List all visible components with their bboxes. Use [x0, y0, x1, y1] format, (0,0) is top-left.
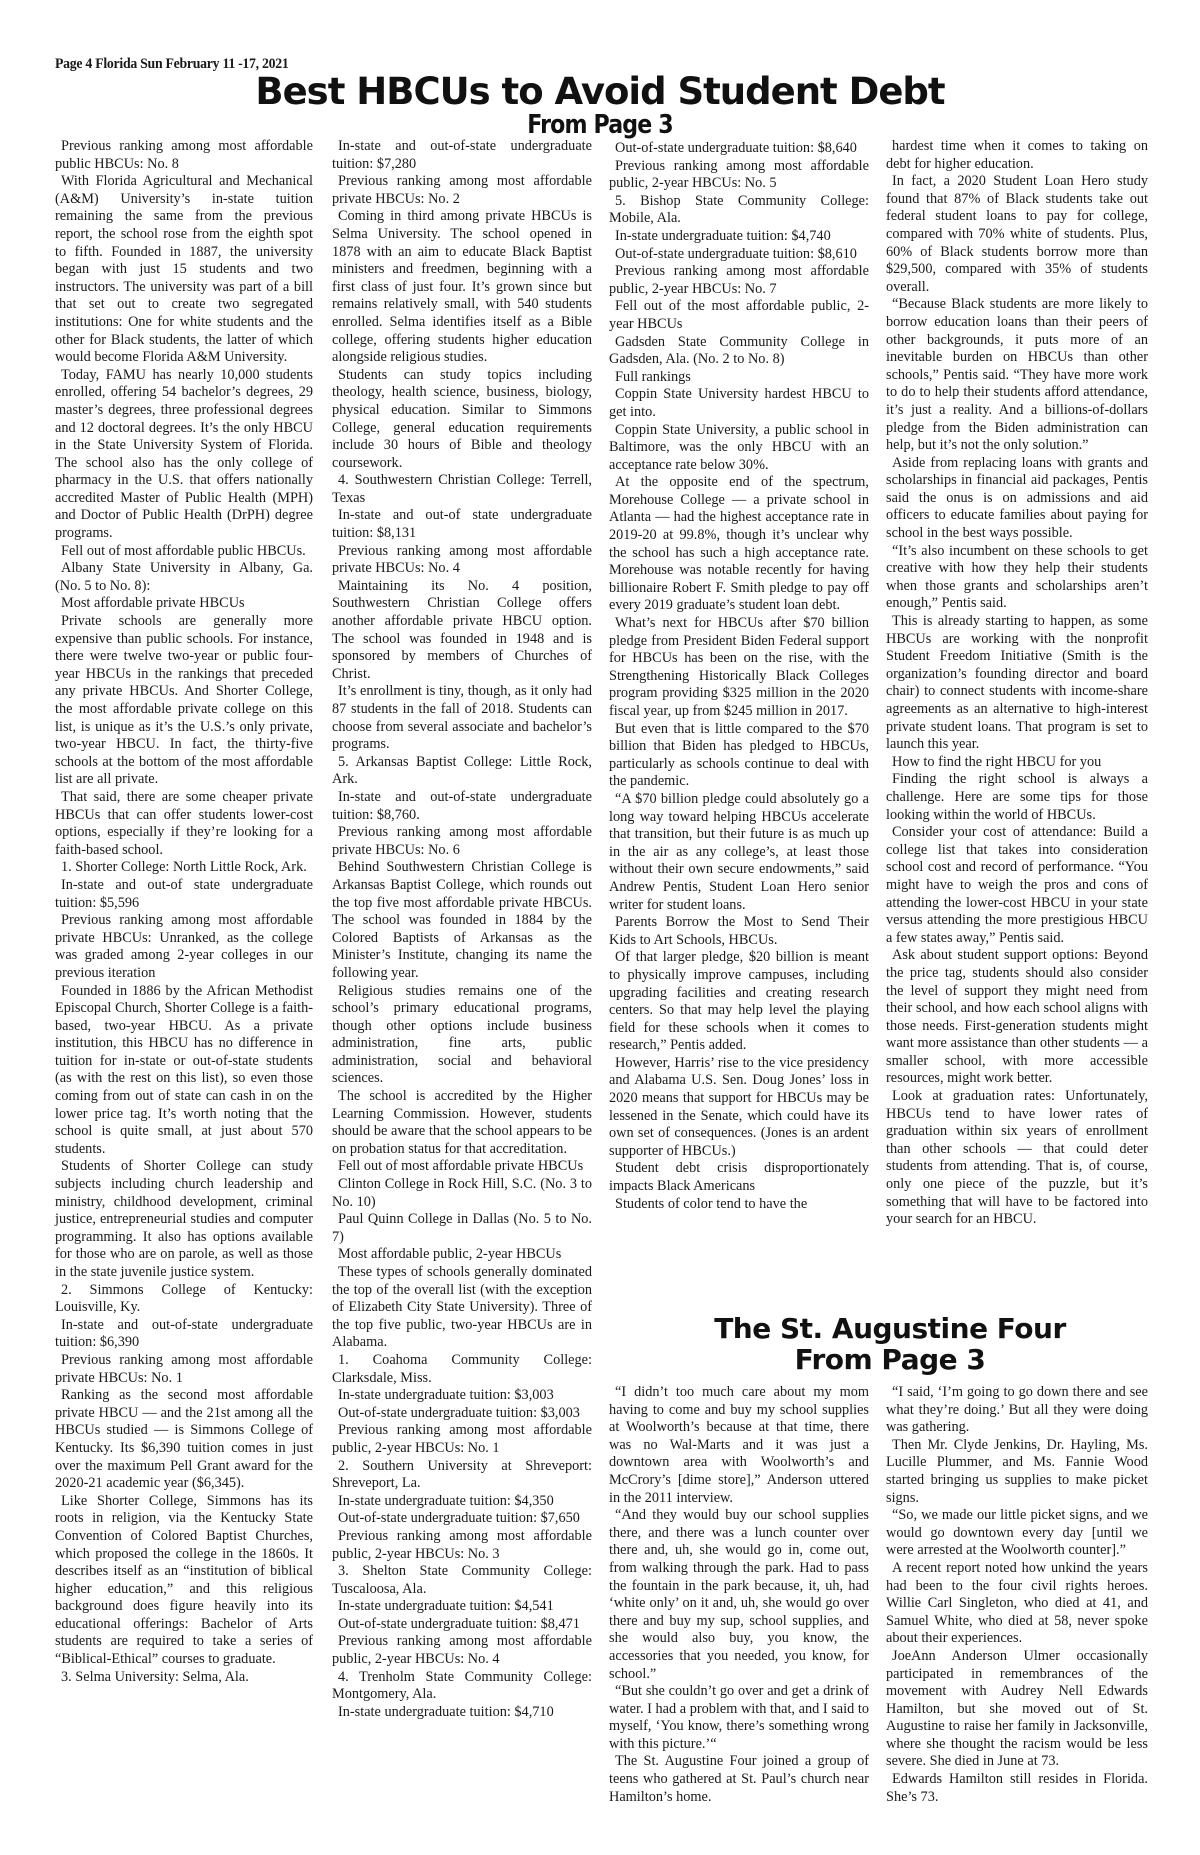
paragraph: Gadsden State Community College in Gadsd… — [609, 334, 869, 369]
paragraph: Out-of-state undergraduate tuition: $8,6… — [609, 140, 869, 158]
paragraph: Ask about student support options: Beyon… — [886, 947, 1148, 1088]
paragraph: In-state undergraduate tuition: $4,350 — [332, 1493, 592, 1511]
paragraph: Previous ranking among most affordable p… — [332, 1528, 592, 1563]
paragraph: Paul Quinn College in Dallas (No. 5 to N… — [332, 1211, 592, 1246]
paragraph: Previous ranking among most affordable p… — [332, 1633, 592, 1668]
paragraph: Parents Borrow the Most to Send Their Ki… — [609, 914, 869, 949]
paragraph: Previous ranking among most affordable p… — [55, 912, 313, 982]
paragraph: “Because Black students are more likely … — [886, 296, 1148, 454]
paragraph: In-state and out-of-state undergraduate … — [55, 1317, 313, 1352]
paragraph: Of that larger pledge, $20 billion is me… — [609, 949, 869, 1055]
paragraph: 5. Bishop State Community College: Mobil… — [609, 193, 869, 228]
paragraph: 3. Shelton State Community College: Tusc… — [332, 1563, 592, 1598]
paragraph: Founded in 1886 by the African Methodist… — [55, 983, 313, 1159]
second-article-jump-line: From Page 3 — [600, 1344, 1180, 1375]
paragraph: Previous ranking among most affordable p… — [332, 543, 592, 578]
paragraph: 1. Coahoma Community College: Clarksdale… — [332, 1352, 592, 1387]
paragraph: Fell out of most affordable private HBCU… — [332, 1158, 592, 1176]
paragraph: Like Shorter College, Simmons has its ro… — [55, 1493, 313, 1669]
paragraph: Aside from replacing loans with grants a… — [886, 455, 1148, 543]
paragraph: In-state undergraduate tuition: $4,740 — [609, 228, 869, 246]
paragraph: “But she couldn’t go over and get a drin… — [609, 1683, 869, 1753]
paragraph: Coming in third among private HBCUs is S… — [332, 208, 592, 366]
paragraph: Maintaining its No. 4 position, Southwes… — [332, 578, 592, 684]
paragraph: Out-of-state undergraduate tuition: $8,6… — [609, 246, 869, 264]
paragraph: Fell out of most affordable public HBCUs… — [55, 543, 313, 561]
paragraph: Students can study topics including theo… — [332, 367, 592, 473]
paragraph: Then Mr. Clyde Jenkins, Dr. Hayling, Ms.… — [886, 1437, 1148, 1507]
article-headline: Best HBCUs to Avoid Student Debt — [0, 70, 1200, 113]
paragraph: Albany State University in Albany, Ga. (… — [55, 560, 313, 595]
paragraph: “So, we made our little picket signs, an… — [886, 1507, 1148, 1560]
second-article-column-2: “I said, ‘I’m going to go down there and… — [886, 1384, 1148, 1806]
paragraph: Students of color tend to have the — [609, 1196, 869, 1214]
second-article-column-1: “I didn’t too much care about my mom hav… — [609, 1384, 869, 1806]
paragraph: 4. Trenholm State Community College: Mon… — [332, 1669, 592, 1704]
paragraph: In-state and out-of-state undergraduate … — [332, 789, 592, 824]
paragraph: In-state and out-of-state undergraduate … — [332, 138, 592, 173]
paragraph: The St. Augustine Four joined a group of… — [609, 1753, 869, 1806]
paragraph: Most affordable private HBCUs — [55, 595, 313, 613]
paragraph: Edwards Hamilton still resides in Florid… — [886, 1771, 1148, 1806]
paragraph: Student debt crisis disproportionately i… — [609, 1160, 869, 1195]
paragraph: With Florida Agricultural and Mechanical… — [55, 173, 313, 367]
paragraph: In fact, a 2020 Student Loan Hero study … — [886, 173, 1148, 296]
paragraph: In-state undergraduate tuition: $4,710 — [332, 1704, 592, 1722]
paragraph: Coppin State University hardest HBCU to … — [609, 386, 869, 421]
article-jump-line: From Page 3 — [90, 110, 1110, 140]
paragraph: A recent report noted how unkind the yea… — [886, 1560, 1148, 1648]
paragraph: JoeAnn Anderson Ulmer occasionally parti… — [886, 1648, 1148, 1771]
paragraph: Consider your cost of attendance: Build … — [886, 824, 1148, 947]
paragraph: However, Harris’ rise to the vice presid… — [609, 1055, 869, 1161]
paragraph: Previous ranking among most affordable p… — [332, 173, 592, 208]
paragraph: Previous ranking among most affordable p… — [332, 1422, 592, 1457]
paragraph: Behind Southwestern Christian College is… — [332, 859, 592, 982]
paragraph: 4. Southwestern Christian College: Terre… — [332, 472, 592, 507]
second-article-headline: The St. Augustine Four — [600, 1313, 1180, 1344]
paragraph: Out-of-state undergraduate tuition: $7,6… — [332, 1510, 592, 1528]
paragraph: Coppin State University, a public school… — [609, 422, 869, 475]
paragraph: Full rankings — [609, 369, 869, 387]
paragraph: In-state undergraduate tuition: $3,003 — [332, 1387, 592, 1405]
paragraph: “I didn’t too much care about my mom hav… — [609, 1384, 869, 1507]
paragraph: 5. Arkansas Baptist College: Little Rock… — [332, 754, 592, 789]
paragraph: Out-of-state undergraduate tuition: $8,4… — [332, 1616, 592, 1634]
paragraph: Previous ranking among most affordable p… — [55, 138, 313, 173]
paragraph: Look at graduation rates: Unfortunately,… — [886, 1088, 1148, 1229]
article-column-4: hardest time when it comes to taking on … — [886, 138, 1148, 1229]
paragraph: This is already starting to happen, as s… — [886, 613, 1148, 754]
article-column-3: Out-of-state undergraduate tuition: $8,6… — [609, 140, 869, 1213]
paragraph: “I said, ‘I’m going to go down there and… — [886, 1384, 1148, 1437]
paragraph: How to find the right HBCU for you — [886, 754, 1148, 772]
paragraph: Most affordable public, 2-year HBCUs — [332, 1246, 592, 1264]
paragraph: In-state and out-of state undergraduate … — [55, 877, 313, 912]
paragraph: Out-of-state undergraduate tuition: $3,0… — [332, 1405, 592, 1423]
paragraph: What’s next for HBCUs after $70 billion … — [609, 615, 869, 721]
paragraph: Previous ranking among most affordable p… — [609, 158, 869, 193]
paragraph: It’s enrollment is tiny, though, as it o… — [332, 683, 592, 753]
paragraph: At the opposite end of the spectrum, Mor… — [609, 474, 869, 615]
paragraph: Today, FAMU has nearly 10,000 students e… — [55, 367, 313, 543]
paragraph: In-state undergraduate tuition: $4,541 — [332, 1598, 592, 1616]
paragraph: 2. Simmons College of Kentucky: Louisvil… — [55, 1282, 313, 1317]
paragraph: Private schools are generally more expen… — [55, 613, 313, 789]
paragraph: hardest time when it comes to taking on … — [886, 138, 1148, 173]
paragraph: Religious studies remains one of the sch… — [332, 983, 592, 1089]
paragraph: “A $70 billion pledge could absolutely g… — [609, 791, 869, 914]
paragraph: “It’s also incumbent on these schools to… — [886, 543, 1148, 613]
paragraph: Previous ranking among most affordable p… — [55, 1352, 313, 1387]
paragraph: 1. Shorter College: North Little Rock, A… — [55, 859, 313, 877]
paragraph: But even that is little compared to the … — [609, 721, 869, 791]
article-column-1: Previous ranking among most affordable p… — [55, 138, 313, 1686]
paragraph: That said, there are some cheaper privat… — [55, 789, 313, 859]
paragraph: Fell out of the most affordable public, … — [609, 298, 869, 333]
paragraph: These types of schools generally dominat… — [332, 1264, 592, 1352]
paragraph: Clinton College in Rock Hill, S.C. (No. … — [332, 1176, 592, 1211]
paragraph: 2. Southern University at Shreveport: Sh… — [332, 1458, 592, 1493]
article-column-2: In-state and out-of-state undergraduate … — [332, 138, 592, 1721]
paragraph: 3. Selma University: Selma, Ala. — [55, 1669, 313, 1687]
paragraph: Previous ranking among most affordable p… — [332, 824, 592, 859]
paragraph: Previous ranking among most affordable p… — [609, 263, 869, 298]
paragraph: In-state and out-of state undergraduate … — [332, 507, 592, 542]
paragraph: “And they would buy our school supplies … — [609, 1507, 869, 1683]
paragraph: The school is accredited by the Higher L… — [332, 1088, 592, 1158]
paragraph: Students of Shorter College can study su… — [55, 1158, 313, 1281]
paragraph: Ranking as the second most affordable pr… — [55, 1387, 313, 1493]
paragraph: Finding the right school is always a cha… — [886, 771, 1148, 824]
